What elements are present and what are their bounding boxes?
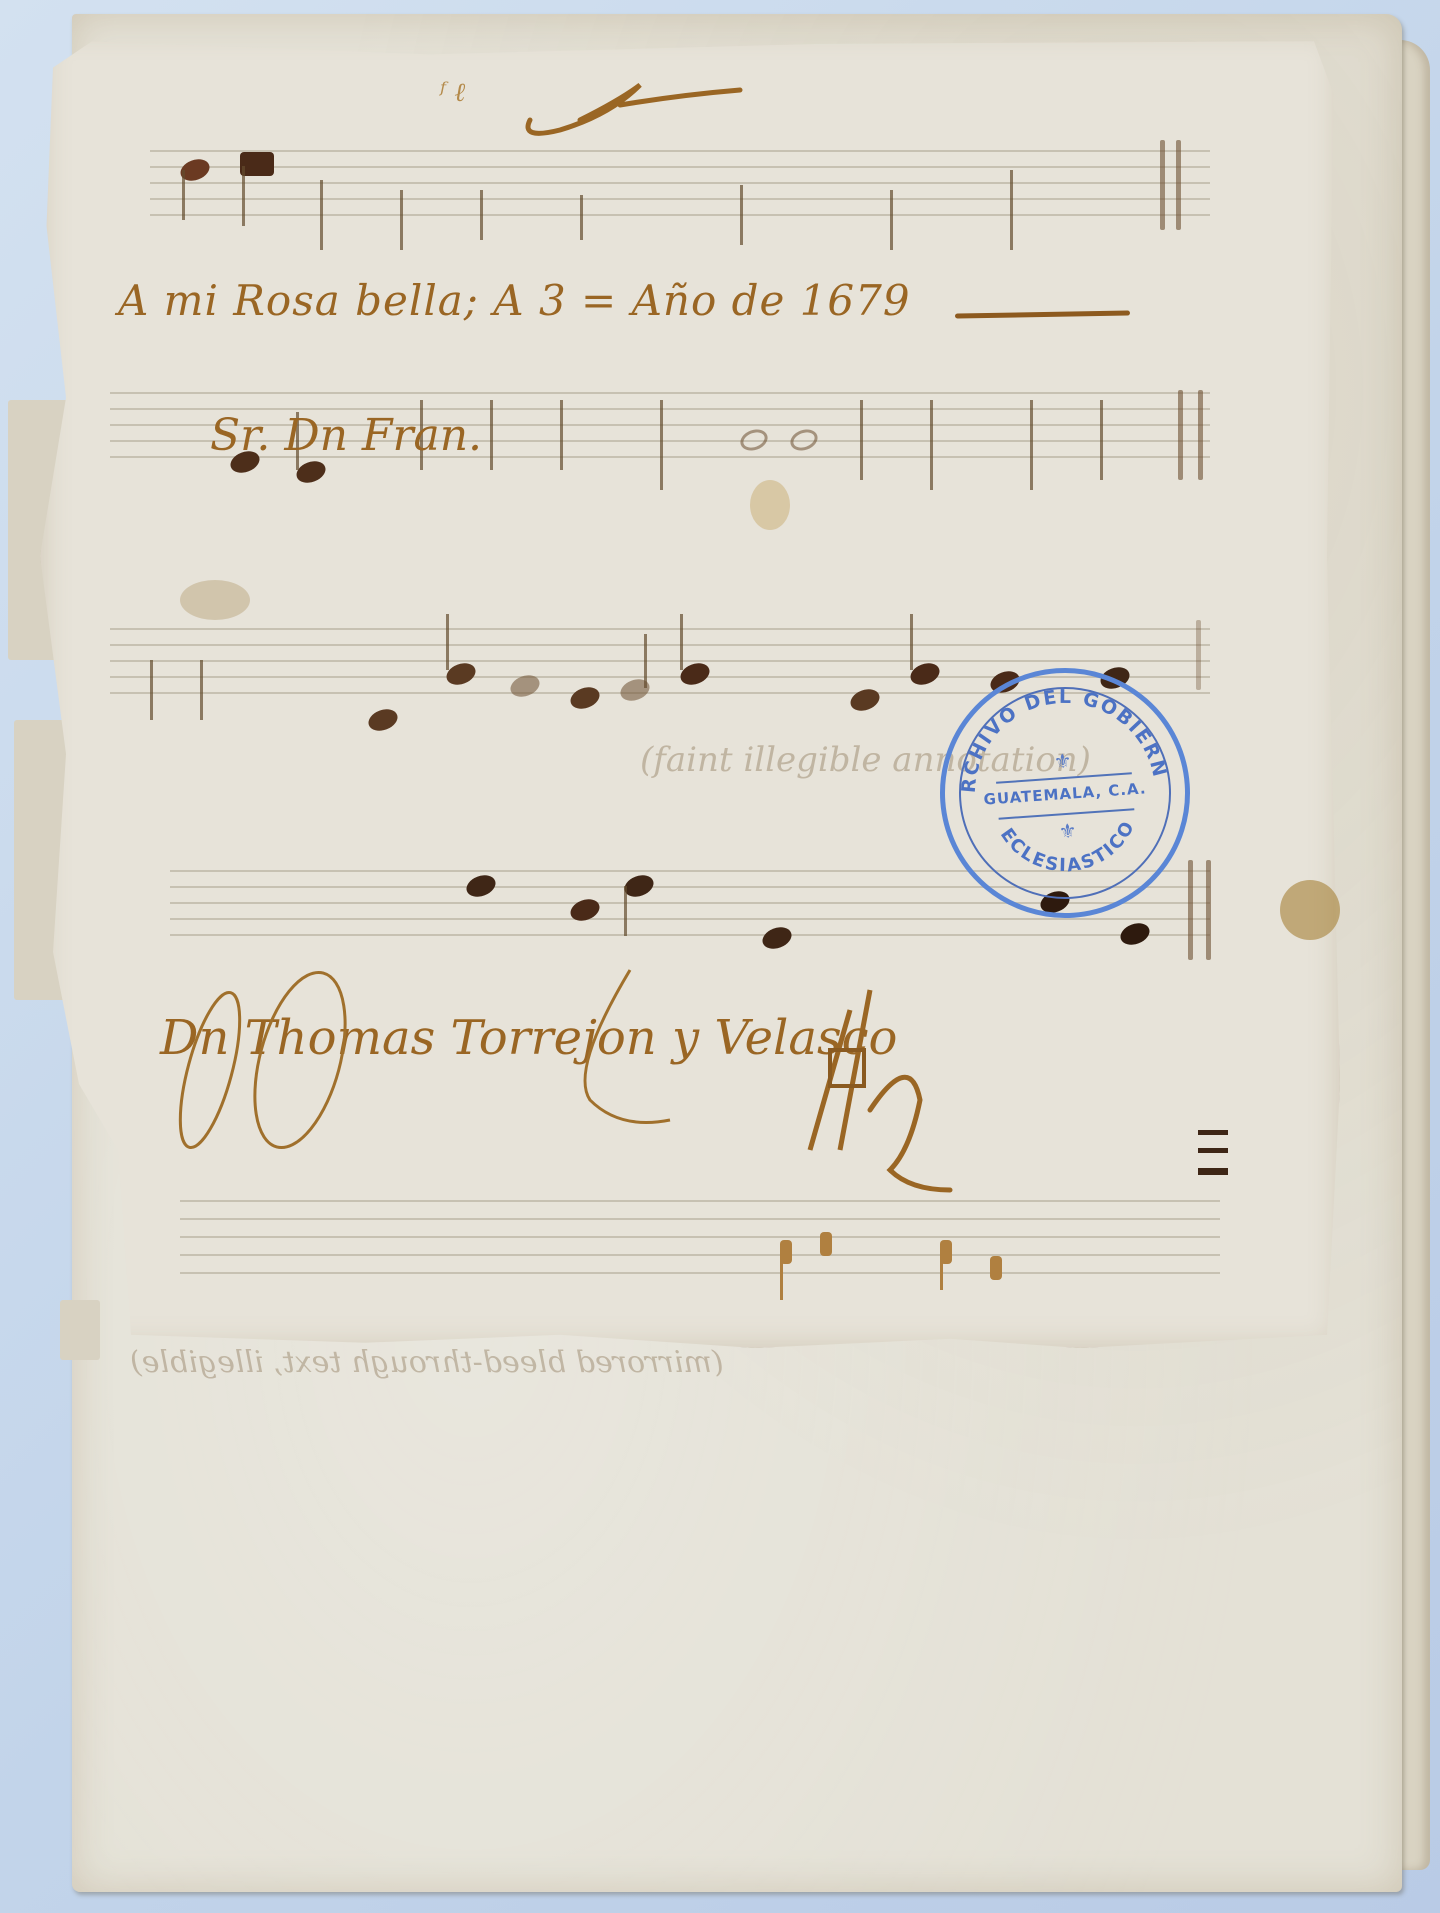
final-barline: [1160, 140, 1165, 230]
final-barline: [1178, 390, 1183, 480]
mark: [1198, 1130, 1228, 1135]
top-superscript-mark: ᶠ ℓ: [440, 78, 465, 108]
torn-edge-fragment: [60, 1300, 100, 1360]
archive-stamp: ARCHIVO DEL GOBIERNO ECLESIASTICO ⚜ GUAT…: [932, 660, 1199, 927]
final-barline: [1176, 140, 1181, 230]
bleed-through-text: (mirrored bleed-through text, illegible): [130, 1345, 724, 1380]
title-inscription: A mi Rosa bella; A 3 = Año de 1679: [118, 276, 911, 325]
top-flourish-icon: [520, 70, 760, 140]
ink-stain: [1280, 880, 1340, 940]
barline: [1196, 620, 1201, 690]
voice-label-inscription: Sr. Dn Fran.: [210, 410, 482, 461]
mark: [1198, 1168, 1228, 1175]
staff-1: [150, 150, 1210, 214]
signature-flourish-icon: [150, 950, 1050, 1210]
final-barline: [1206, 860, 1211, 960]
water-stain: [750, 480, 790, 530]
final-barline: [1198, 390, 1203, 480]
water-stain: [180, 580, 250, 620]
mark: [1198, 1148, 1228, 1153]
